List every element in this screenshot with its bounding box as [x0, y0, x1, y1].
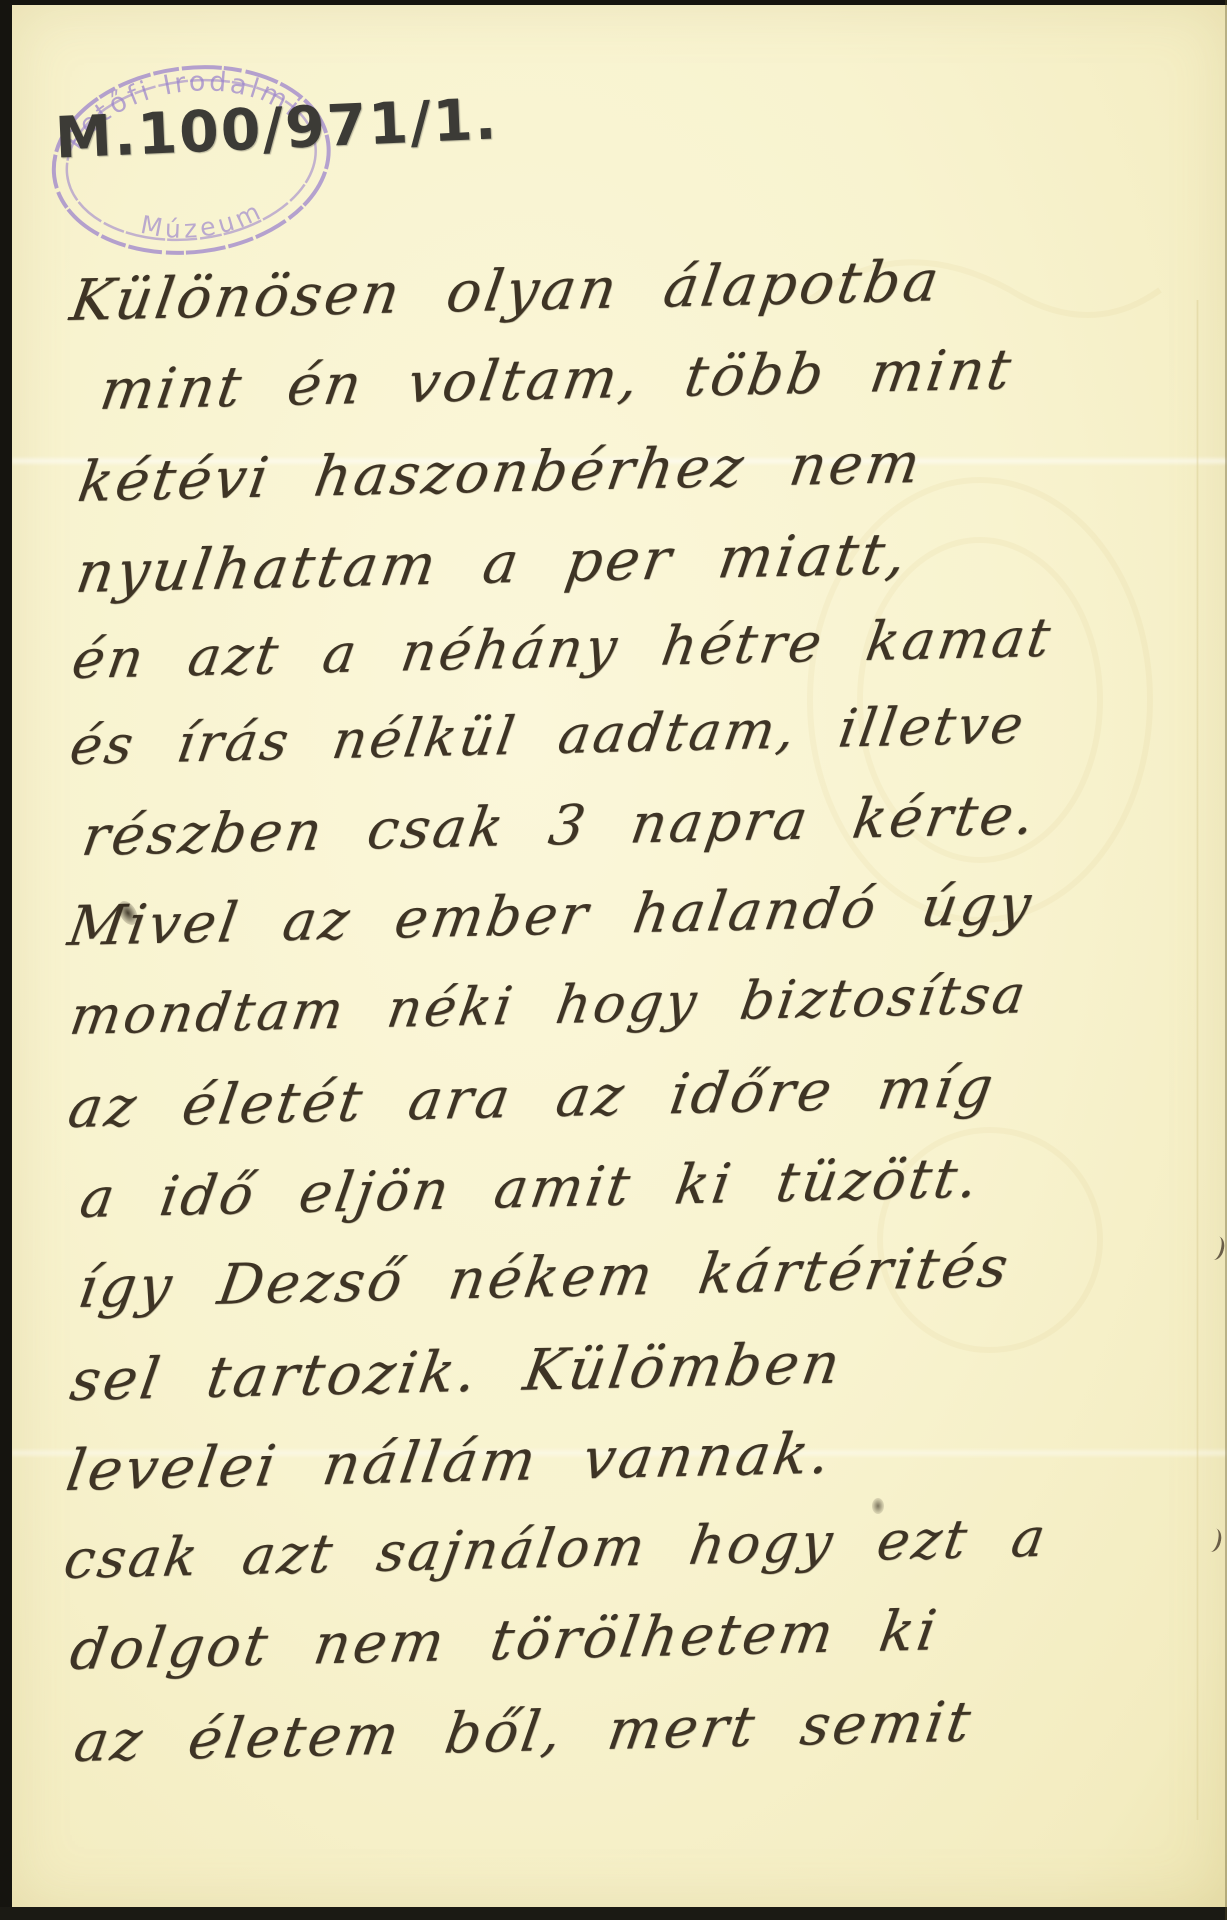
scan-edge-bottom: [0, 1907, 1227, 1920]
stamp-text-bottom: Múzeum: [135, 194, 270, 250]
fold-crease-vertical: [1196, 300, 1199, 1820]
scan-edge-top: [0, 0, 1227, 5]
scanned-letter: Petőfi Irodalmi Múzeum M.100/971/1. Külö…: [0, 0, 1227, 1920]
scan-edge-left: [0, 0, 12, 1920]
ink-blot: [872, 1498, 884, 1514]
svg-text:Múzeum: Múzeum: [135, 194, 270, 250]
